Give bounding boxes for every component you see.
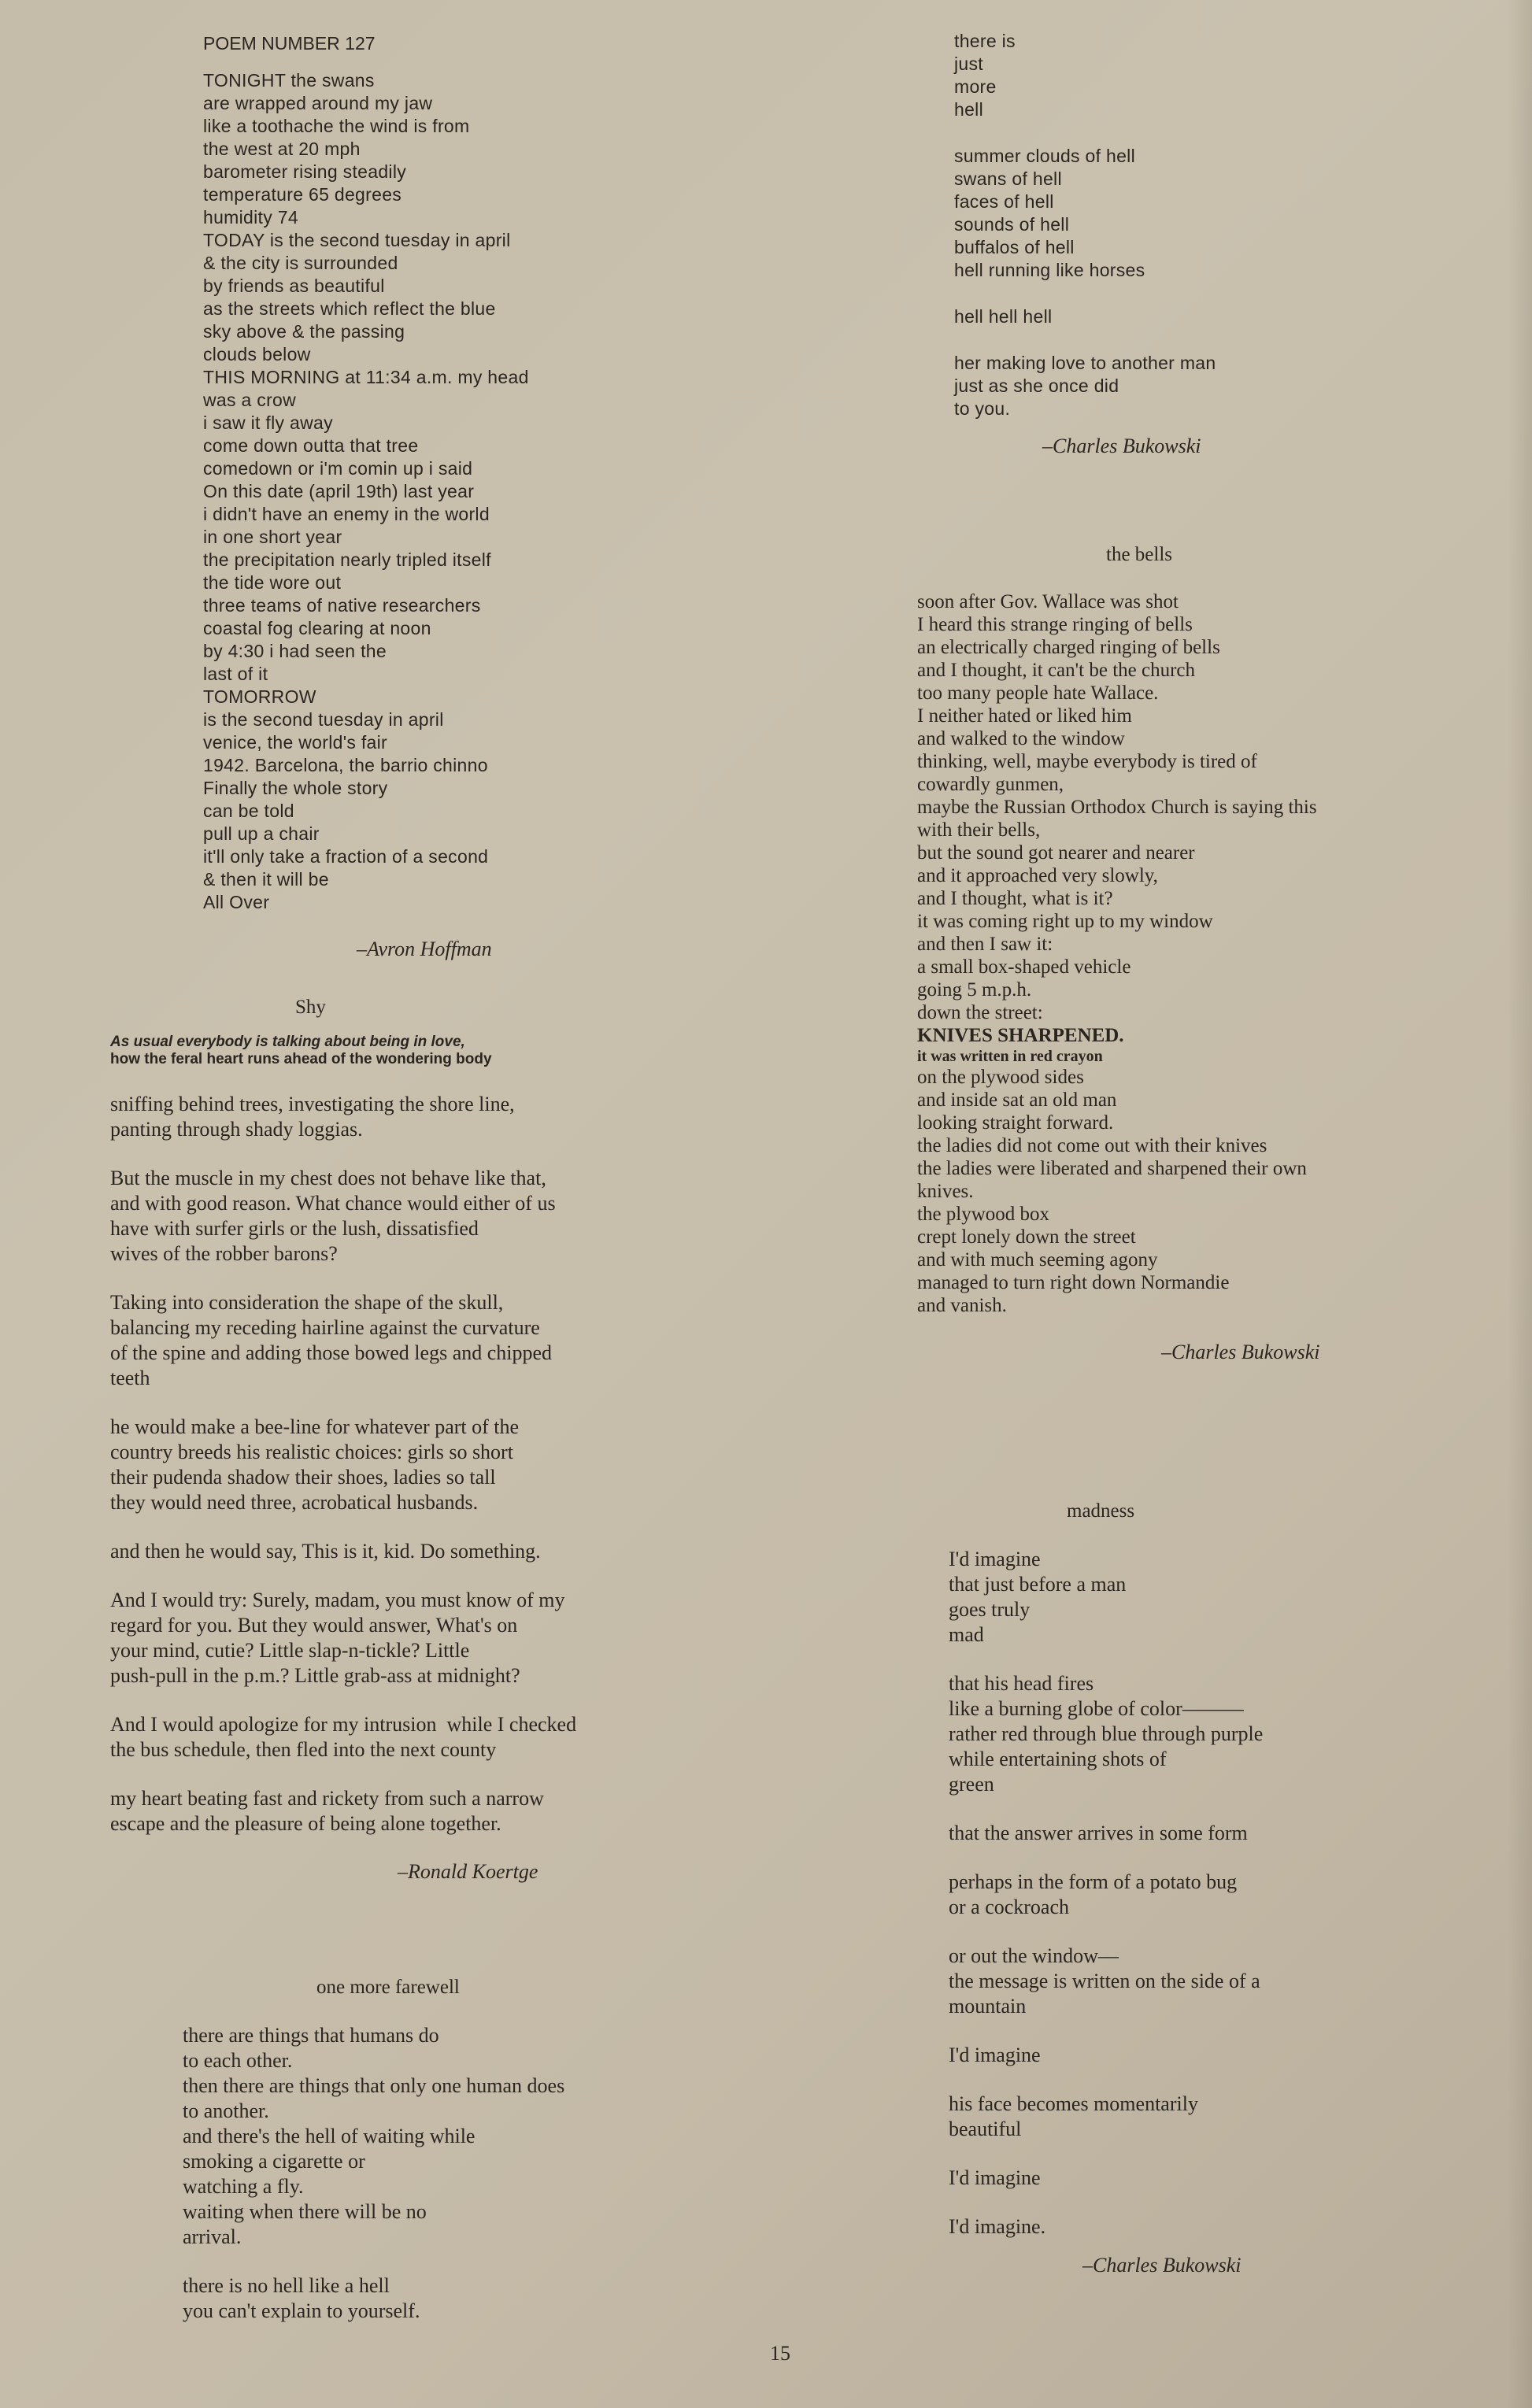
poem-line: TODAY is the second tuesday in april <box>203 229 675 252</box>
poem-title: POEM NUMBER 127 <box>203 31 675 55</box>
poem-line: and I thought, it can't be the church <box>917 659 1484 682</box>
poem-line: are wrapped around my jaw <box>203 92 675 115</box>
poem-line: summer clouds of hell <box>954 145 1466 168</box>
poem-line: their pudenda shadow their shoes, ladies… <box>110 1465 724 1490</box>
poem-line: there are things that humans do <box>183 2023 734 2048</box>
poem-one-more-farewell-continued: there isjustmorehellsummer clouds of hel… <box>954 30 1466 458</box>
poem-author: –Ronald Koertge <box>398 1860 724 1884</box>
poem-line: and then I saw it: <box>917 933 1484 956</box>
poem-line: the ladies were liberated and sharpened … <box>917 1157 1484 1180</box>
poem-line: the ladies did not come out with their k… <box>917 1134 1484 1157</box>
poem-line: that just before a man <box>949 1572 1437 1597</box>
poem-line: her making love to another man <box>954 352 1466 375</box>
poem-line: by friends as beautiful <box>203 275 675 298</box>
poem-line: down the street: <box>917 1001 1484 1024</box>
poem-line: regard for you. But they would answer, W… <box>110 1613 724 1638</box>
poem-stanza: sniffing behind trees, investigating the… <box>110 1092 724 1142</box>
poem-line: I neither hated or liked him <box>917 705 1484 727</box>
poem-line: going 5 m.p.h. <box>917 978 1484 1001</box>
poem-line: that the answer arrives in some form <box>949 1821 1437 1846</box>
poem-line: and vanish. <box>917 1294 1484 1317</box>
poem-body: TONIGHT the swansare wrapped around my j… <box>203 69 675 914</box>
poem-line: more <box>954 76 1466 98</box>
poem-line: the tide wore out <box>203 571 675 594</box>
poem-line: I'd imagine <box>949 2166 1437 2191</box>
poem-line: and with good reason. What chance would … <box>110 1191 724 1216</box>
poem-body: soon after Gov. Wallace was shotI heard … <box>917 590 1484 1317</box>
poem-line: that his head fires <box>949 1671 1437 1696</box>
poem-line: TOMORROW <box>203 686 675 708</box>
poem-intro-line: how the feral heart runs ahead of the wo… <box>110 1051 724 1068</box>
poem-line: balancing my receding hairline against t… <box>110 1315 724 1341</box>
poem-line: & the city is surrounded <box>203 252 675 275</box>
poem-title: the bells <box>1106 543 1484 567</box>
poem-line: and inside sat an old man <box>917 1089 1484 1112</box>
poem-line: But the muscle in my chest does not beha… <box>110 1166 724 1191</box>
poem-line: mad <box>949 1622 1437 1648</box>
poem-line: three teams of native researchers <box>203 594 675 617</box>
poem-the-bells: the bells soon after Gov. Wallace was sh… <box>917 543 1484 1364</box>
poem-line: cowardly gunmen, <box>917 773 1484 796</box>
poem-line: pull up a chair <box>203 823 675 845</box>
poem-stanza: that his head fireslike a burning globe … <box>949 1671 1437 1797</box>
poem-line: I heard this strange ringing of bells <box>917 613 1484 636</box>
poem-line: maybe the Russian Orthodox Church is say… <box>917 796 1484 819</box>
poem-line: KNIVES SHARPENED. <box>917 1024 1484 1047</box>
poem-stanza: summer clouds of hellswans of hellfaces … <box>954 145 1466 282</box>
poem-line: 1942. Barcelona, the barrio chinno <box>203 754 675 777</box>
poem-line: and I thought, what is it? <box>917 887 1484 910</box>
poem-line: looking straight forward. <box>917 1112 1484 1134</box>
poem-line: & then it will be <box>203 868 675 891</box>
poem-line: and then he would say, This is it, kid. … <box>110 1539 724 1564</box>
poem-stanza: he would make a bee-line for whatever pa… <box>110 1415 724 1515</box>
poem-stanza: I'd imagine <box>949 2043 1437 2068</box>
poem-line: and walked to the window <box>917 727 1484 750</box>
poem-author: –Avron Hoffman <box>357 938 675 961</box>
poem-line: like a toothache the wind is from <box>203 115 675 138</box>
poem-line: they would need three, acrobatical husba… <box>110 1490 724 1515</box>
poem-line: the message is written on the side of a <box>949 1969 1437 1994</box>
poem-title: Shy <box>295 996 724 1019</box>
poem-stanza: that the answer arrives in some form <box>949 1821 1437 1846</box>
poem-body: there isjustmorehellsummer clouds of hel… <box>954 30 1466 420</box>
poem-line: managed to turn right down Normandie <box>917 1271 1484 1294</box>
poem-line: knives. <box>917 1180 1484 1203</box>
poem-intro-line: As usual everybody is talking about bein… <box>110 1034 724 1051</box>
poem-line: hell running like horses <box>954 259 1466 282</box>
poem-line: while entertaining shots of <box>949 1747 1437 1772</box>
poem-stanza: his face becomes momentarilybeautiful <box>949 2092 1437 2142</box>
poem-line: rather red through blue through purple <box>949 1722 1437 1747</box>
poem-line: venice, the world's fair <box>203 731 675 754</box>
poem-line: too many people hate Wallace. <box>917 682 1484 705</box>
poem-line: teeth <box>110 1366 724 1391</box>
poem-line: green <box>949 1772 1437 1797</box>
poem-line: wives of the robber barons? <box>110 1241 724 1267</box>
poem-line: swans of hell <box>954 168 1466 190</box>
poem-line: faces of hell <box>954 190 1466 213</box>
poem-line: escape and the pleasure of being alone t… <box>110 1811 724 1837</box>
poem-line: the bus schedule, then fled into the nex… <box>110 1737 724 1763</box>
poem-line: And I would try: Surely, madam, you must… <box>110 1588 724 1613</box>
poem-line: it was written in red crayon <box>917 1047 1484 1066</box>
poem-line: i saw it fly away <box>203 412 675 435</box>
poem-line: arrival. <box>183 2225 734 2250</box>
poem-stanza: her making love to another manjust as sh… <box>954 352 1466 420</box>
poem-line: you can't explain to yourself. <box>183 2299 734 2324</box>
poem-stanza: But the muscle in my chest does not beha… <box>110 1166 724 1267</box>
poem-line: have with surfer girls or the lush, diss… <box>110 1216 724 1241</box>
poem-line: it was coming right up to my window <box>917 910 1484 933</box>
poem-line: TONIGHT the swans <box>203 69 675 92</box>
poem-line: last of it <box>203 663 675 686</box>
page-edge-shadow <box>1508 0 1532 2408</box>
poem-stanza: perhaps in the form of a potato bugor a … <box>949 1870 1437 1920</box>
poem-line: soon after Gov. Wallace was shot <box>917 590 1484 613</box>
poem-line: or a cockroach <box>949 1895 1437 1920</box>
poem-line: goes truly <box>949 1597 1437 1622</box>
poem-line: in one short year <box>203 526 675 549</box>
poem-line: push-pull in the p.m.? Little grab-ass a… <box>110 1663 724 1689</box>
poem-line: THIS MORNING at 11:34 a.m. my head <box>203 366 675 389</box>
poem-stanza: and then he would say, This is it, kid. … <box>110 1539 724 1564</box>
poem-body: sniffing behind trees, investigating the… <box>110 1092 724 1837</box>
poem-line: as the streets which reflect the blue <box>203 298 675 320</box>
poem-line: smoking a cigarette or <box>183 2149 734 2174</box>
poem-line: to another. <box>183 2099 734 2124</box>
poem-line: panting through shady loggias. <box>110 1117 724 1142</box>
poem-line: I'd imagine <box>949 1547 1437 1572</box>
poem-author: –Charles Bukowski <box>1082 2254 1437 2277</box>
poem-line: Taking into consideration the shape of t… <box>110 1290 724 1315</box>
poem-line: but the sound got nearer and nearer <box>917 842 1484 864</box>
poem-line: humidity 74 <box>203 206 675 229</box>
poem-line: of the spine and adding those bowed legs… <box>110 1341 724 1366</box>
poem-line: just as she once did <box>954 375 1466 398</box>
poem-line: comedown or i'm comin up i said <box>203 457 675 480</box>
poem-line: I'd imagine. <box>949 2214 1437 2240</box>
poem-line: or out the window–– <box>949 1944 1437 1969</box>
poem-line: there is no hell like a hell <box>183 2273 734 2299</box>
poem-line: And I would apologize for my intrusion w… <box>110 1712 724 1737</box>
poem-line: can be told <box>203 800 675 823</box>
poem-line: the precipitation nearly tripled itself <box>203 549 675 571</box>
poem-stanza: hell hell hell <box>954 305 1466 328</box>
poem-line: like a burning globe of color——— <box>949 1696 1437 1722</box>
poem-author: –Charles Bukowski <box>1042 435 1466 458</box>
poem-stanza: or out the window––the message is writte… <box>949 1944 1437 2019</box>
poem-line: his face becomes momentarily <box>949 2092 1437 2117</box>
poem-line: and there's the hell of waiting while <box>183 2124 734 2149</box>
poem-stanza: my heart beating fast and rickety from s… <box>110 1786 724 1837</box>
poem-line: it'll only take a fraction of a second <box>203 845 675 868</box>
poem-line: on the plywood sides <box>917 1066 1484 1089</box>
poem-body: there are things that humans doto each o… <box>183 2023 734 2324</box>
poem-line: sky above & the passing <box>203 320 675 343</box>
poem-body: I'd imaginethat just before a mangoes tr… <box>949 1547 1437 2240</box>
poem-line: I'd imagine <box>949 2043 1437 2068</box>
poem-line: i didn't have an enemy in the world <box>203 503 675 526</box>
poem-line: barometer rising steadily <box>203 161 675 183</box>
poem-stanza: there is no hell like a hellyou can't ex… <box>183 2273 734 2324</box>
poem-line: to each other. <box>183 2048 734 2073</box>
poem-stanza: And I would try: Surely, madam, you must… <box>110 1588 724 1689</box>
poem-line: Finally the whole story <box>203 777 675 800</box>
poem-line: thinking, well, maybe everybody is tired… <box>917 750 1484 773</box>
poem-line: and with much seeming agony <box>917 1248 1484 1271</box>
poem-madness: madness I'd imaginethat just before a ma… <box>949 1500 1437 2277</box>
poem-line: All Over <box>203 891 675 914</box>
poem-line: hell hell hell <box>954 305 1466 328</box>
poem-line: mountain <box>949 1994 1437 2019</box>
poem-line: by 4:30 i had seen the <box>203 640 675 663</box>
poem-title: one more farewell <box>316 1976 734 1999</box>
poem-stanza: And I would apologize for my intrusion w… <box>110 1712 724 1763</box>
poem-title: madness <box>1067 1500 1437 1523</box>
poem-line: the west at 20 mph <box>203 138 675 161</box>
poem-line: a small box-shaped vehicle <box>917 956 1484 978</box>
poem-line: hell <box>954 98 1466 121</box>
poem-line: to you. <box>954 398 1466 420</box>
poem-line: On this date (april 19th) last year <box>203 480 675 503</box>
poem-line: my heart beating fast and rickety from s… <box>110 1786 724 1811</box>
poem-line: was a crow <box>203 389 675 412</box>
poem-shy: Shy As usual everybody is talking about … <box>110 996 724 1884</box>
poem-line: your mind, cutie? Little slap-n-tickle? … <box>110 1638 724 1663</box>
poem-stanza: I'd imagine. <box>949 2214 1437 2240</box>
poem-line: is the second tuesday in april <box>203 708 675 731</box>
poem-one-more-farewell: one more farewell there are things that … <box>183 1976 734 2324</box>
poem-line: come down outta that tree <box>203 435 675 457</box>
poem-line: buffalos of hell <box>954 236 1466 259</box>
poem-line: coastal fog clearing at noon <box>203 617 675 640</box>
poem-line: just <box>954 53 1466 76</box>
poem-stanza: I'd imaginethat just before a mangoes tr… <box>949 1547 1437 1648</box>
poem-line: then there are things that only one huma… <box>183 2073 734 2099</box>
page-number: 15 <box>770 2342 790 2365</box>
poem-line: the plywood box <box>917 1203 1484 1226</box>
poem-stanza: there isjustmorehell <box>954 30 1466 121</box>
poem-stanza: Taking into consideration the shape of t… <box>110 1290 724 1391</box>
poem-line: perhaps in the form of a potato bug <box>949 1870 1437 1895</box>
poem-stanza: I'd imagine <box>949 2166 1437 2191</box>
poem-line: watching a fly. <box>183 2174 734 2199</box>
poem-stanza: there are things that humans doto each o… <box>183 2023 734 2250</box>
poem-line: crept lonely down the street <box>917 1226 1484 1248</box>
poem-line: country breeds his realistic choices: gi… <box>110 1440 724 1465</box>
poem-127: POEM NUMBER 127 TONIGHT the swansare wra… <box>203 31 675 961</box>
poem-line: with their bells, <box>917 819 1484 842</box>
poem-line: there is <box>954 30 1466 53</box>
poem-line: waiting when there will be no <box>183 2199 734 2225</box>
poem-line: clouds below <box>203 343 675 366</box>
poem-author: –Charles Bukowski <box>1161 1341 1484 1364</box>
poem-line: beautiful <box>949 2117 1437 2142</box>
poem-line: an electrically charged ringing of bells <box>917 636 1484 659</box>
poem-line: and it approached very slowly, <box>917 864 1484 887</box>
poem-line: sounds of hell <box>954 213 1466 236</box>
poem-line: sniffing behind trees, investigating the… <box>110 1092 724 1117</box>
poem-line: he would make a bee-line for whatever pa… <box>110 1415 724 1440</box>
poem-line: temperature 65 degrees <box>203 183 675 206</box>
